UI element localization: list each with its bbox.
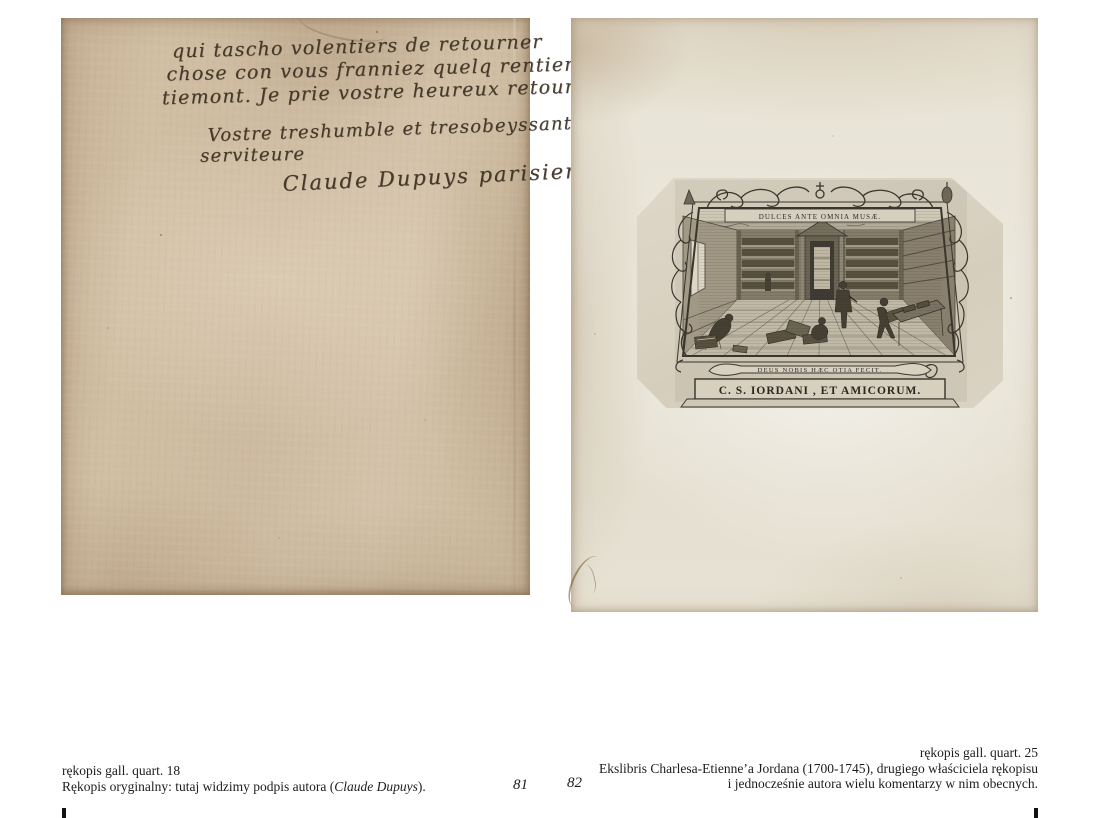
handwriting-block: qui tascho volentiers de retourner chose… xyxy=(56,14,536,600)
caption-right-line1: Ekslibris Charlesa-Etienne’a Jordana (17… xyxy=(599,761,1038,777)
caption-right: rękopis gall. quart. 25 Ekslibris Charle… xyxy=(599,745,1038,792)
shelfmark-right: rękopis gall. quart. 25 xyxy=(599,745,1038,761)
bookplate-ekslibris: DULCES ANTE OMNIA MUSÆ. xyxy=(637,178,1003,408)
handwriting-closing-line: serviteure xyxy=(200,144,306,167)
caption-text: Rękopis oryginalny: tutaj widzimy podpis… xyxy=(62,779,334,794)
owner-plinth: C. S. IORDANI , ET AMICORUM. xyxy=(681,379,959,407)
caption-right-line2: i jednocześnie autora wielu komentarzy w… xyxy=(599,776,1038,792)
author-signature: Claude Dupuys parisien xyxy=(282,159,581,196)
motto-band-top: DULCES ANTE OMNIA MUSÆ. xyxy=(725,209,915,222)
caption-text: ). xyxy=(418,779,426,794)
crop-mark-right xyxy=(1034,808,1038,818)
left-manuscript-page: qui tascho volentiers de retourner chose… xyxy=(61,18,530,595)
owner-line-text: C. S. IORDANI , ET AMICORUM. xyxy=(719,385,922,397)
motto-top-text: DULCES ANTE OMNIA MUSÆ. xyxy=(759,213,882,221)
book-spread-scan: qui tascho volentiers de retourner chose… xyxy=(0,0,1100,818)
right-manuscript-page: DULCES ANTE OMNIA MUSÆ. xyxy=(571,18,1038,612)
library-scene xyxy=(683,208,955,356)
ink-stain xyxy=(572,554,600,610)
caption-left-description: Rękopis oryginalny: tutaj widzimy podpis… xyxy=(62,779,426,795)
engraving-hatch xyxy=(699,208,941,356)
shelfmark-left: rękopis gall. quart. 18 xyxy=(62,763,426,779)
crop-mark-left xyxy=(62,808,66,818)
motto-ribbon-text: DEUS NOBIS HÆC OTIA FECIT. xyxy=(758,367,883,374)
bookplate-engraving: DULCES ANTE OMNIA MUSÆ. xyxy=(637,178,1003,408)
author-name-italic: Claude Dupuys xyxy=(334,779,418,794)
page-number-82: 82 xyxy=(567,775,582,792)
handwriting-closing-line: Vostre treshumble et tresobeyssant xyxy=(207,113,572,146)
page-number-81: 81 xyxy=(513,777,528,794)
caption-left: rękopis gall. quart. 18 Rękopis oryginal… xyxy=(62,763,426,794)
